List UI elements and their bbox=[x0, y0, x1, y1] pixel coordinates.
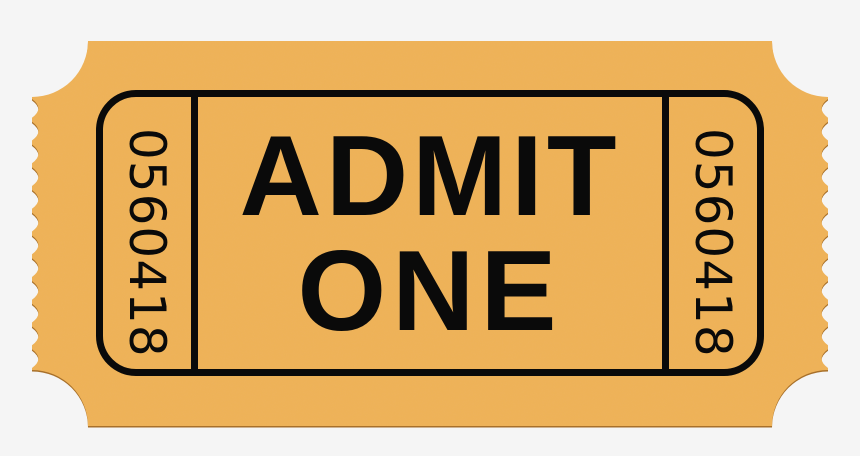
headline-one: ONE bbox=[198, 235, 662, 349]
left-stub-divider bbox=[191, 90, 198, 376]
headline-admit: ADMIT bbox=[198, 120, 662, 234]
serial-number-left: 0560418 bbox=[125, 128, 169, 338]
serial-number-right: 0560418 bbox=[691, 128, 735, 338]
right-stub-divider bbox=[662, 90, 669, 376]
